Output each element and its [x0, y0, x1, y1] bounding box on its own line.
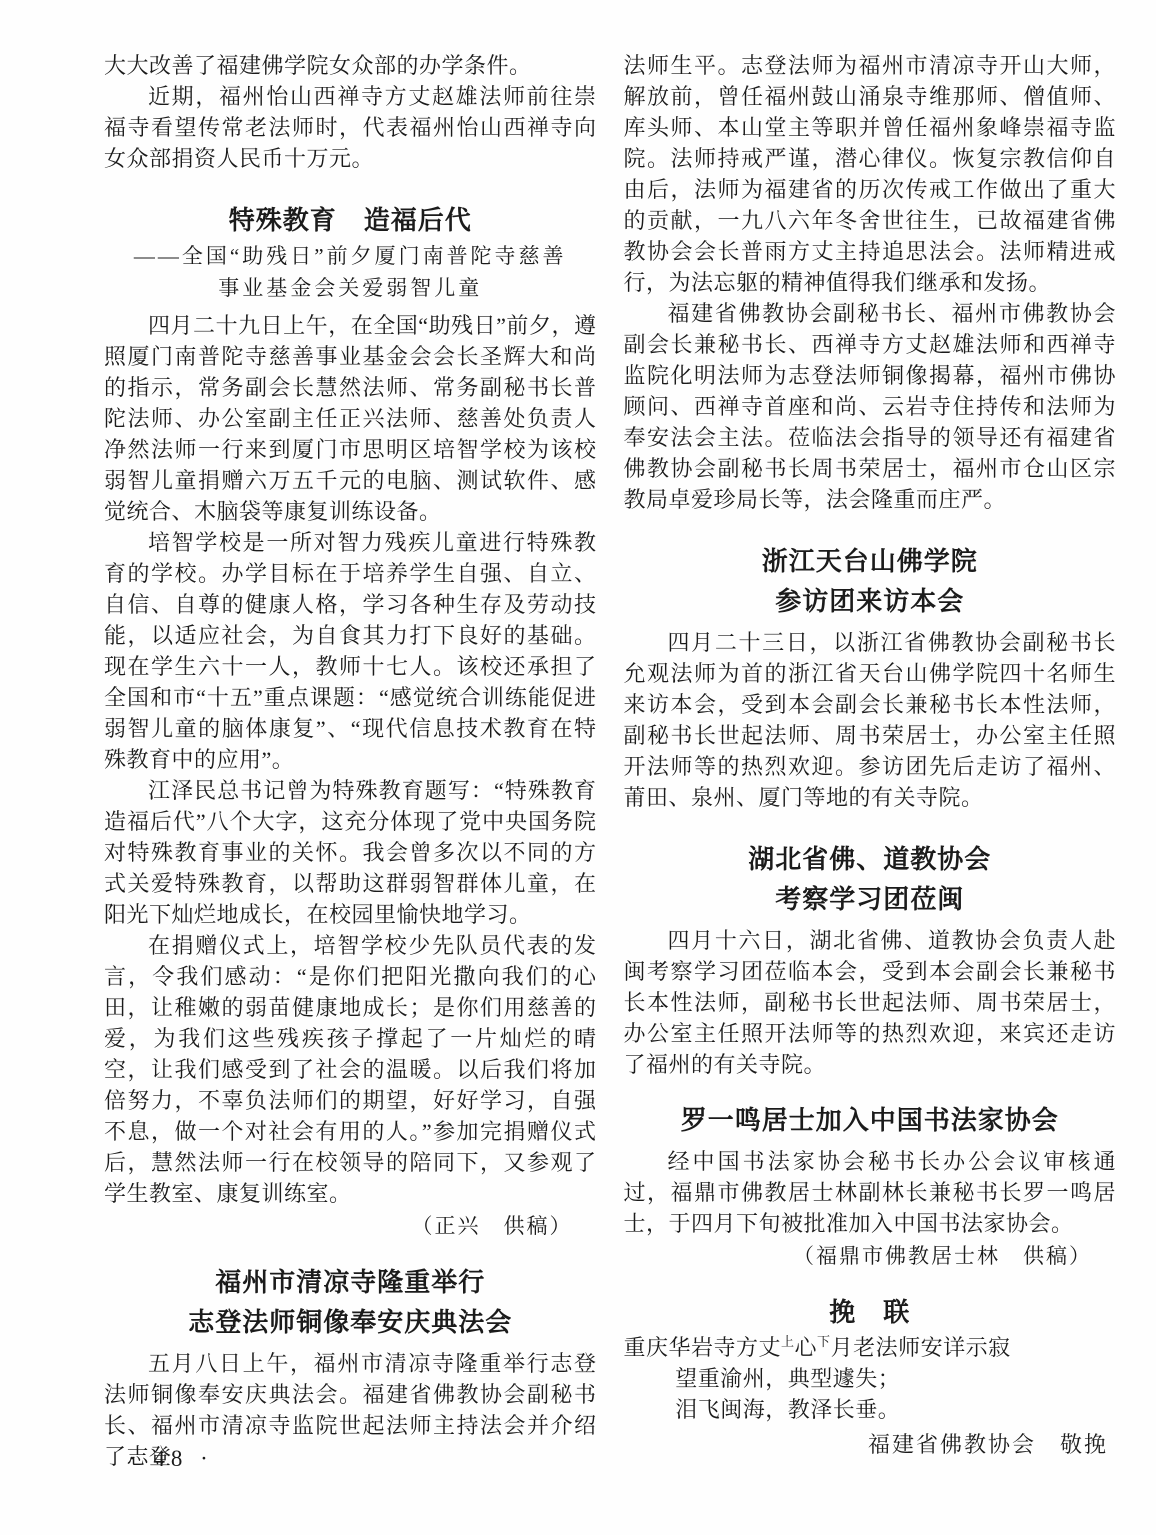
page-number: · 48 ·	[128, 1446, 214, 1472]
body-paragraph: 经中国书法家协会秘书长办公会议审核通过，福鼎市佛教居士林副林长兼秘书长罗一鸣居士…	[624, 1146, 1117, 1239]
superscript-xia: 下	[817, 1334, 831, 1349]
signature-fujian-buddhist-association: 福建省佛教协会 敬挽	[624, 1429, 1117, 1460]
article-zhejiang: 浙江天台山佛学院 参访团来访本会 四月二十三日，以浙江省佛教协会副秘书长允观法师…	[624, 541, 1117, 813]
couplet-line-1: 重庆华岩寺方丈上心下月老法师安详示寂	[624, 1332, 1117, 1363]
article-luoyiming: 罗一鸣居士加入中国书法家协会 经中国书法家协会秘书长办公会议审核通过，福鼎市佛教…	[624, 1100, 1117, 1272]
title-zhejiang-line1: 浙江天台山佛学院	[624, 541, 1117, 581]
body-paragraph: 福建省佛教协会副秘书长、福州市佛教协会副会长兼秘书长、西禅寺方丈赵雄法师和西禅寺…	[624, 298, 1117, 515]
left-column: 大大改善了福建佛学院女众部的办学条件。 近期，福州怡山西禅寺方丈赵雄法师前往崇福…	[104, 50, 597, 1472]
subtitle-special-education-line2: 事业基金会关爱弱智儿童	[104, 272, 597, 304]
title-qingliangsi-line2: 志登法师铜像奉安庆典法会	[104, 1302, 597, 1342]
article-special-education: 特殊教育 造福后代 ——全国“助残日”前夕厦门南普陀寺慈善 事业基金会关爱弱智儿…	[104, 200, 597, 1242]
couplet-line-2: 望重渝州，典型遽失；	[624, 1363, 1117, 1394]
title-special-education: 特殊教育 造福后代	[104, 200, 597, 240]
title-elegiac-couplet: 挽 联	[624, 1292, 1117, 1332]
article-qingliangsi: 福州市清凉寺隆重举行 志登法师铜像奉安庆典法会 五月八日上午，福州市清凉寺隆重举…	[104, 1262, 597, 1472]
continuation-paragraph: 大大改善了福建佛学院女众部的办学条件。	[104, 50, 597, 81]
byline-fuding: （福鼎市佛教居士林 供稿）	[624, 1241, 1117, 1272]
title-luoyiming: 罗一鸣居士加入中国书法家协会	[624, 1100, 1117, 1140]
couplet-line-3: 泪飞闽海，教泽长垂。	[624, 1394, 1117, 1425]
byline-zhengxing: （正兴 供稿）	[104, 1211, 597, 1242]
couplet-line-1-mid: 心	[795, 1335, 818, 1360]
body-paragraph: 四月二十九日上午，在全国“助残日”前夕，遵照厦门南普陀寺慈善事业基金会会长圣辉大…	[104, 310, 597, 527]
right-column: 法师生平。志登法师为福州市清凉寺开山大师，解放前，曾任福州鼓山涌泉寺维那师、僧值…	[624, 50, 1117, 1472]
continuation-paragraph: 法师生平。志登法师为福州市清凉寺开山大师，解放前，曾任福州鼓山涌泉寺维那师、僧值…	[624, 50, 1117, 298]
couplet-line-1-prefix: 重庆华岩寺方丈	[624, 1335, 782, 1360]
subtitle-special-education-line1: ——全国“助残日”前夕厦门南普陀寺慈善	[104, 240, 597, 272]
elegiac-couplet-section: 挽 联 重庆华岩寺方丈上心下月老法师安详示寂 望重渝州，典型遽失； 泪飞闽海，教…	[624, 1292, 1117, 1460]
title-hubei-line1: 湖北省佛、道教协会	[624, 839, 1117, 879]
body-paragraph: 近期，福州怡山西禅寺方丈赵雄法师前往崇福寺看望传常老法师时，代表福州怡山西禅寺向…	[104, 81, 597, 174]
body-paragraph: 培智学校是一所对智力残疾儿童进行特殊教育的学校。办学目标在于培养学生自强、自立、…	[104, 527, 597, 775]
article-hubei: 湖北省佛、道教协会 考察学习团莅闽 四月十六日，湖北省佛、道教协会负责人赴闽考察…	[624, 839, 1117, 1080]
body-paragraph: 江泽民总书记曾为特殊教育题写：“特殊教育造福后代”八个大字，这充分体现了党中央国…	[104, 775, 597, 930]
body-paragraph: 在捐赠仪式上，培智学校少先队员代表的发言，令我们感动：“是你们把阳光撒向我们的心…	[104, 930, 597, 1209]
title-qingliangsi-line1: 福州市清凉寺隆重举行	[104, 1262, 597, 1302]
title-zhejiang-line2: 参访团来访本会	[624, 581, 1117, 621]
couplet-line-1-suffix: 月老法师安详示寂	[831, 1335, 1011, 1360]
two-column-layout: 大大改善了福建佛学院女众部的办学条件。 近期，福州怡山西禅寺方丈赵雄法师前往崇福…	[0, 0, 1156, 1472]
superscript-shang: 上	[781, 1334, 795, 1349]
body-paragraph: 四月十六日，湖北省佛、道教协会负责人赴闽考察学习团莅临本会，受到本会副会长兼秘书…	[624, 925, 1117, 1080]
body-paragraph: 四月二十三日，以浙江省佛教协会副秘书长允观法师为首的浙江省天台山佛学院四十名师生…	[624, 627, 1117, 813]
scanned-page: 大大改善了福建佛学院女众部的办学条件。 近期，福州怡山西禅寺方丈赵雄法师前往崇福…	[0, 0, 1156, 1535]
title-hubei-line2: 考察学习团莅闽	[624, 879, 1117, 919]
